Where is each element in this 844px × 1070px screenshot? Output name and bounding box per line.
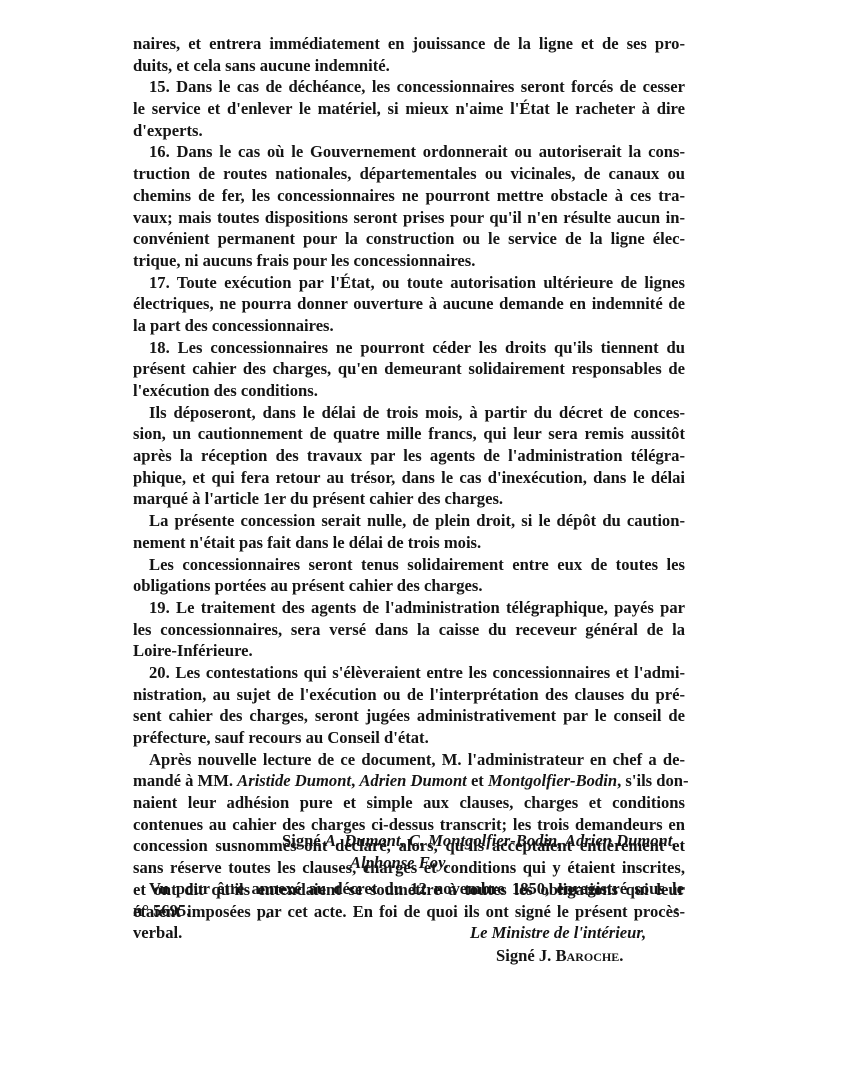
text-line: truction de routes nationales, départeme… — [133, 163, 685, 185]
closing-text: mandé à MM. — [133, 771, 237, 790]
text-line: trique, ni aucuns frais pour les concess… — [133, 250, 685, 272]
text-line: la part des concessionnaires. — [133, 315, 685, 337]
text-line: l'exécution des conditions. — [133, 380, 685, 402]
text-line: préfecture, sauf recours au Conseil d'ét… — [133, 727, 685, 749]
text-line: vaux; mais toutes dispositions seront pr… — [133, 207, 685, 229]
minister-title: Le Ministre de l'intérieur, — [470, 923, 646, 943]
text-line: 20. Les contestations qui s'élèveraient … — [133, 662, 685, 684]
closing-paragraph-line: naient leur adhésion pure et simple aux … — [133, 792, 685, 814]
minister-signature: Signé J. Baroche. — [496, 946, 623, 966]
text-line: 17. Toute exécution par l'État, ou toute… — [133, 272, 685, 294]
text-line: naires, et entrera immédiatement en joui… — [133, 33, 685, 55]
text-line: d'experts. — [133, 120, 685, 142]
text-line: 16. Dans le cas où le Gouvernement ordon… — [133, 141, 685, 163]
text-line: présent cahier des charges, qu'en demeur… — [133, 358, 685, 380]
text-line: duits, et cela sans aucune indemnité. — [133, 55, 685, 77]
text-line: Ils déposeront, dans le délai de trois m… — [133, 402, 685, 424]
text-line: Loire-Inférieure. — [133, 640, 685, 662]
text-line: nistration, au sujet de l'exécution ou d… — [133, 684, 685, 706]
signatory-names: A. Dumont, C. Montgolfier-Bodin, Adrien … — [325, 831, 677, 850]
stray-dot — [266, 915, 269, 918]
closing-text: , s'ils don- — [617, 771, 688, 790]
name-aristide-dumont: Aristide Dumont — [237, 771, 351, 790]
text-line: 18. Les concessionnaires ne pourront céd… — [133, 337, 685, 359]
separator: et — [467, 771, 488, 790]
name-adrien-dumont: Adrien Dumont — [359, 771, 466, 790]
text-line: après la réception des travaux par les a… — [133, 445, 685, 467]
text-line: 15. Dans le cas de déchéance, les conces… — [133, 76, 685, 98]
text-line: marqué à l'article 1er du présent cahier… — [133, 488, 685, 510]
text-line: chemins de fer, les concessionnaires ne … — [133, 185, 685, 207]
signatures-line-1: Signé A. Dumont, C. Montgolfier-Bodin, A… — [282, 831, 677, 851]
name-montgolfier-bodin: Montgolfier-Bodin — [488, 771, 617, 790]
annex-line-1: Vu pour être annexé au décret du 12 nove… — [149, 879, 684, 899]
closing-paragraph-line: Après nouvelle lecture de ce document, M… — [133, 749, 685, 771]
document-page: naires, et entrera immédiatement en joui… — [0, 0, 844, 1070]
minister-title-text: Le Ministre de l'intérieur, — [470, 923, 646, 942]
text-line: convénient permanent pour la constructio… — [133, 228, 685, 250]
annex-line-2: n° 5695. — [133, 901, 190, 921]
closing-paragraph-line: étaient imposées par cet acte. En foi de… — [133, 901, 685, 923]
signatory-name-foy: Alphonse Foy. — [350, 853, 449, 872]
text-line: La présente concession serait nulle, de … — [133, 510, 685, 532]
text-line: Les concessionnaires seront tenus solida… — [133, 554, 685, 576]
stray-dot — [675, 908, 678, 911]
signed-prefix: Signé J. — [496, 946, 555, 965]
text-line: phique, et qui fera retour au trésor, da… — [133, 467, 685, 489]
text-line: les concessionnaires, sera versé dans la… — [133, 619, 685, 641]
signatures-line-2: Alphonse Foy. — [350, 853, 449, 873]
text-line: 19. Le traitement des agents de l'admini… — [133, 597, 685, 619]
closing-paragraph-line: mandé à MM. Aristide Dumont, Adrien Dumo… — [133, 770, 685, 792]
text-line: électriques, ne pourra donner ouverture … — [133, 293, 685, 315]
signed-prefix: Signé — [282, 831, 325, 850]
text-line: sent cahier des charges, seront jugées a… — [133, 705, 685, 727]
minister-name: Baroche. — [555, 946, 623, 965]
text-line: sion, un cautionnement de quatre mille f… — [133, 423, 685, 445]
text-line: le service et d'enlever le matériel, si … — [133, 98, 685, 120]
text-line: nement n'était pas fait dans le délai de… — [133, 532, 685, 554]
body-text: naires, et entrera immédiatement en joui… — [133, 33, 685, 944]
text-line: obligations portées au présent cahier de… — [133, 575, 685, 597]
